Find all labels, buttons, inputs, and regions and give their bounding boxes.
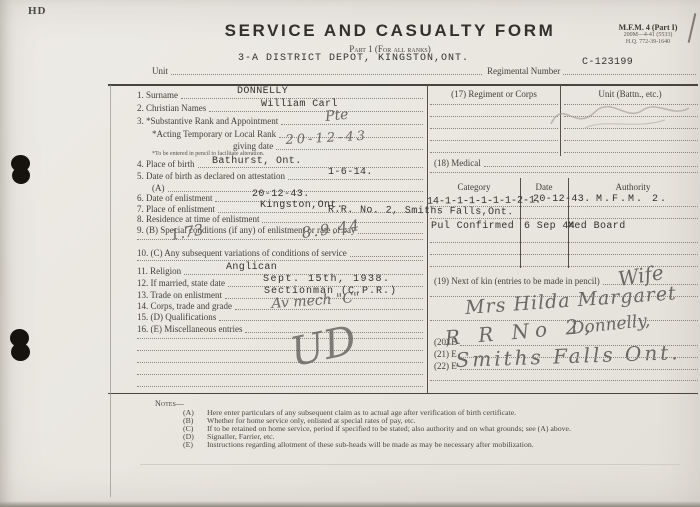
left-margin-line [110,85,111,497]
field-label: 4. Place of birth [137,159,198,169]
field-label: (21) E [434,349,460,359]
dotted-line [209,111,423,112]
dotted-line [430,152,558,153]
dotted-line [460,369,698,370]
category-row1-value: 14-1-1-1-1-1-1-2-1. [427,195,541,207]
unit-label: Unit [152,66,171,76]
dotted-line [564,140,698,141]
field-label: 14. Corps, trade and grade [137,301,235,311]
surname-value: DONNELLY [237,86,288,97]
dotted-line [430,242,698,243]
top-rule [108,84,698,86]
unit-field: Unit [152,66,482,76]
dotted-line [137,374,423,375]
field-medical: (18) Medical [434,158,698,168]
hole-punch-mark [12,167,30,184]
field-label: 15. (D) Qualifications [137,312,219,322]
religion-value: Anglican [226,262,277,273]
dotted-line [430,218,698,219]
dotted-line [137,338,423,339]
notes-heading: Notes— [155,399,184,408]
pencil-scribble [545,88,695,136]
table-header-category: Category [428,182,520,192]
field-label: 3. *Substantive Rank and Appointment [137,116,281,126]
form-ref-code: M.F.M. 4 (Part I) [598,23,698,32]
date-of-birth-value: 1-6-14. [328,167,373,178]
dotted-line [137,350,423,351]
dotted-line [198,167,424,168]
dotted-line [563,74,696,75]
note-text: Instructions regarding allotment of thes… [207,440,534,449]
category-row2-value: Pul Confirmed [431,221,514,232]
pay-rate-handwritten: 1.73 [169,220,205,244]
form-title: SERVICE AND CASUALTY FORM [190,21,590,41]
field-date-of-birth: 5. Date of birth as declared on attestat… [137,171,423,181]
bottom-rule [108,393,698,394]
field-e20: (20) E [434,337,698,347]
dotted-line [137,362,423,363]
field-label: 7. Place of enlistment [137,204,218,214]
dotted-line [564,152,698,153]
authority-row1-value: M.F.M. 2. [596,194,668,205]
field-subsequent-variations: 10. (C) Any subsequent variations of con… [137,248,423,258]
note-key: (E) [183,440,207,449]
hole-punch-mark [11,343,30,361]
form-ref-hq-number: H.Q. 772-39-1640 [598,39,698,46]
faint-crease-line [140,464,680,465]
dotted-line [350,256,423,257]
corner-stamp: HD [28,5,47,17]
unit-value: 3-A DISTRICT DEPOT, KINGSTON,ONT. [238,53,469,64]
dotted-line [430,380,698,381]
field-label: (19) Next of kin (entries to be made in … [434,276,603,286]
column-divider [427,85,428,393]
field-e21: (21) E [434,349,698,359]
place-of-birth-value: Bathurst, Ont. [212,156,302,167]
field-miscellaneous-entries: 16. (E) Miscellaneous entries [137,324,423,334]
dotted-line [358,233,423,234]
table-header-date: Date [520,182,568,192]
regiment-or-corps-header: (17) Regiment or Corps [428,89,560,99]
dotted-line [430,116,558,117]
dotted-line [430,172,698,173]
dotted-line [484,166,698,167]
field-label: 5. Date of birth as declared on attestat… [137,171,288,181]
authority-row2-value: Med Board [568,221,626,232]
form-ref-print-run: 200M—4-41 (5533) [598,32,698,39]
dotted-line [281,124,423,125]
field-label: giving date [233,141,276,151]
field-label: 10. (C) Any subsequent variations of con… [137,248,350,258]
note-item-e: (E)Instructions regarding allotment of t… [183,440,534,449]
field-label: 11. Religion [137,266,184,276]
field-label: (20) E [434,337,460,347]
date-of-enlistment-value: 20-12-43. [252,189,310,200]
field-label: 13. Trade on enlistment [137,290,225,300]
dotted-line [430,128,558,129]
field-label: 1. Surname [137,90,181,100]
dotted-line [430,140,558,141]
regimental-number-field: Regimental Number [487,66,696,76]
dotted-line [137,386,423,387]
table-header-authority: Authority [568,182,698,192]
scanned-form-page: HD SERVICE AND CASUALTY FORM Part 1 (For… [0,0,700,507]
rank-handwritten: Pte [324,107,349,125]
field-label: 16. (E) Miscellaneous entries [137,324,245,334]
dotted-line [460,345,698,346]
field-label: 12. If married, state date [137,278,228,288]
dotted-line [171,74,482,75]
scan-edge-shadow [0,501,700,507]
field-label: *Acting Temporary or Local Rank [152,129,279,139]
dotted-line [288,179,423,180]
field-label: (18) Medical [434,158,484,168]
dotted-line [276,149,423,150]
dotted-line [137,260,423,261]
field-label: (A) [152,183,168,193]
dotted-line [235,309,423,310]
field-label: 2. Christian Names [137,103,209,113]
date-row1-value: 20-12-43. [533,194,591,205]
dotted-line [460,357,698,358]
field-qualifications: 15. (D) Qualifications [137,312,423,322]
dotted-line [430,104,558,105]
field-substantive-rank: 3. *Substantive Rank and Appointment [137,116,423,126]
field-label: 6. Date of enlistment [137,193,215,203]
form-reference-block: M.F.M. 4 (Part I) 200M—4-41 (5533) H.Q. … [598,23,698,46]
dotted-line [219,320,423,321]
field-e22: (22) E [434,361,698,371]
field-label: (22) E [434,361,460,371]
regimental-number-label: Regimental Number [487,66,563,76]
dotted-line [430,254,698,255]
marriage-date-value: Sept. 15th, 1938. [263,274,391,285]
